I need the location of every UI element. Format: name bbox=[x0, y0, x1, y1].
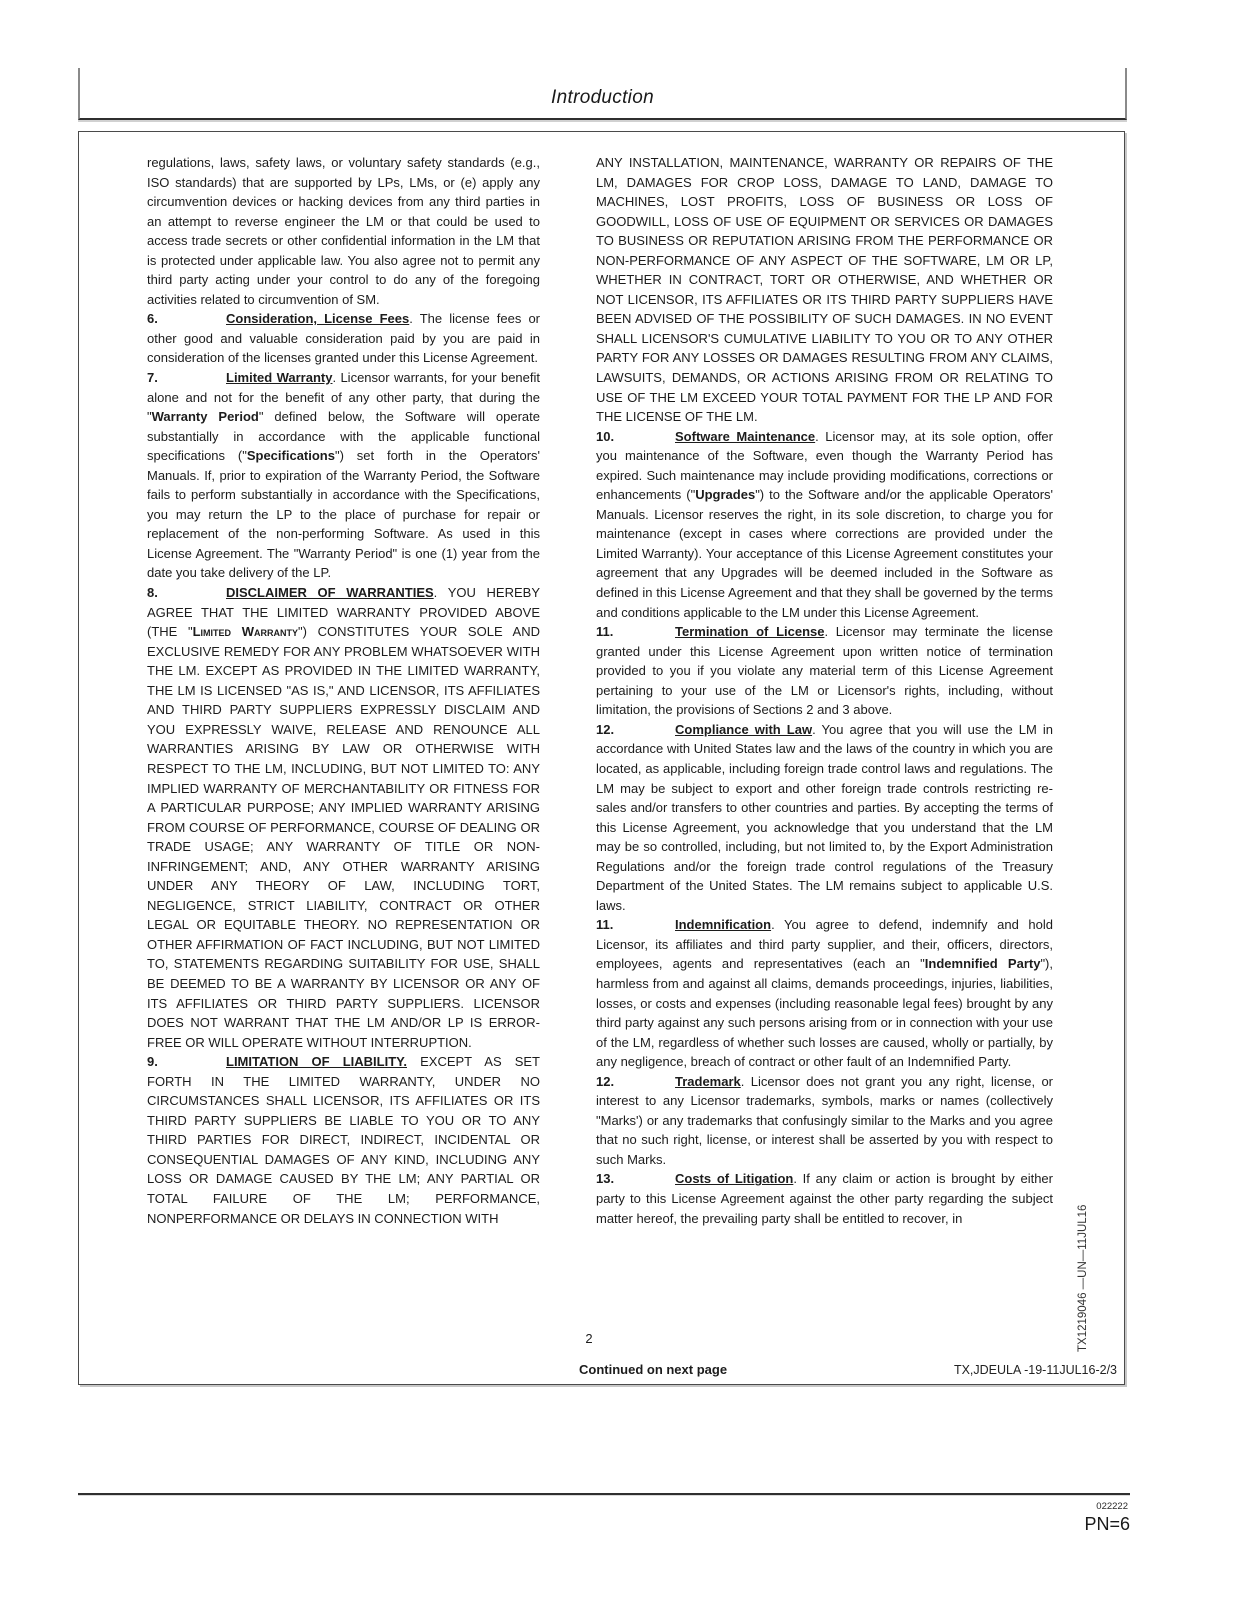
section-heading: Termination of License bbox=[675, 624, 825, 639]
section-heading: Indemnification bbox=[675, 917, 771, 932]
body-text-run: . You agree that you will use the LM in … bbox=[596, 722, 1053, 913]
paragraph: 13.Costs of Litigation. If any claim or … bbox=[596, 1169, 1053, 1228]
body-text-run: ") to the Software and/or the applicable… bbox=[596, 487, 1053, 619]
section-heading: Consideration, License Fees bbox=[226, 311, 409, 326]
body-text-run: "), harmless from and against all claims… bbox=[596, 956, 1053, 1069]
page-number: 2 bbox=[79, 1331, 1099, 1346]
section-heading: Costs of Litigation bbox=[675, 1171, 793, 1186]
body-text-run: Warranty Period bbox=[152, 409, 259, 424]
body-text-run: Indemnified Party bbox=[925, 956, 1041, 971]
figure-id-vertical: TX1219046 —UN—11JUL16 bbox=[1077, 1205, 1089, 1352]
paragraph: 10.Software Maintenance. Licensor may, a… bbox=[596, 427, 1053, 622]
body-text-run: regulations, laws, safety laws, or volun… bbox=[147, 155, 540, 307]
body-text-run: Upgrades bbox=[695, 487, 755, 502]
section-number: 13. bbox=[596, 1169, 675, 1189]
section-heading: DISCLAIMER OF WARRANTIES bbox=[226, 585, 434, 600]
pn-code: PN=6 bbox=[0, 1514, 1130, 1535]
print-code: 022222 bbox=[0, 1501, 1128, 1512]
section-heading: Compliance with Law bbox=[675, 722, 812, 737]
body-text-run: Limited Warranty bbox=[193, 624, 298, 639]
license-content-box: regulations, laws, safety laws, or volun… bbox=[78, 131, 1125, 1385]
section-number: 10. bbox=[596, 427, 675, 447]
section-number: 8. bbox=[147, 583, 226, 603]
paragraph: 7.Limited Warranty. Licensor warrants, f… bbox=[147, 368, 540, 583]
paragraph: ANY INSTALLATION, MAINTENANCE, WARRANTY … bbox=[596, 153, 1053, 427]
section-heading: Software Maintenance bbox=[675, 429, 815, 444]
footer-rule bbox=[78, 1493, 1130, 1495]
body-text-run: Specifications bbox=[247, 448, 335, 463]
manual-page: Introduction regulations, laws, safety l… bbox=[0, 0, 1236, 1600]
section-heading: LIMITATION OF LIABILITY. bbox=[226, 1054, 407, 1069]
section-number: 11. bbox=[596, 622, 675, 642]
paragraph: 11.Indemnification. You agree to defend,… bbox=[596, 915, 1053, 1071]
paragraph: 12.Trademark. Licensor does not grant yo… bbox=[596, 1072, 1053, 1170]
paragraph: 9.LIMITATION OF LIABILITY. EXCEPT AS SET… bbox=[147, 1052, 540, 1228]
text-columns: regulations, laws, safety laws, or volun… bbox=[147, 153, 1053, 1228]
section-heading: Limited Warranty bbox=[226, 370, 332, 385]
doc-code: TX,JDEULA -19-11JUL16-2/3 bbox=[954, 1363, 1117, 1377]
column-left: regulations, laws, safety laws, or volun… bbox=[147, 153, 540, 1228]
section-number: 7. bbox=[147, 368, 226, 388]
section-number: 12. bbox=[596, 720, 675, 740]
paragraph: 6.Consideration, License Fees. The licen… bbox=[147, 309, 540, 368]
page-title: Introduction bbox=[551, 87, 654, 118]
paragraph: 12.Compliance with Law. You agree that y… bbox=[596, 720, 1053, 915]
section-number: 12. bbox=[596, 1072, 675, 1092]
paragraph: 8.DISCLAIMER OF WARRANTIES. YOU HEREBY A… bbox=[147, 583, 540, 1052]
section-number: 6. bbox=[147, 309, 226, 329]
column-right: ANY INSTALLATION, MAINTENANCE, WARRANTY … bbox=[596, 153, 1053, 1228]
paragraph: 11.Termination of License. Licensor may … bbox=[596, 622, 1053, 720]
section-number: 11. bbox=[596, 915, 675, 935]
header-band: Introduction bbox=[78, 68, 1127, 120]
continued-note: Continued on next page bbox=[579, 1362, 727, 1377]
body-text-run: ANY INSTALLATION, MAINTENANCE, WARRANTY … bbox=[596, 155, 1053, 424]
body-text-run: ") set forth in the Operators' Manuals. … bbox=[147, 448, 540, 580]
paragraph: regulations, laws, safety laws, or volun… bbox=[147, 153, 540, 309]
section-heading: Trademark bbox=[675, 1074, 741, 1089]
body-text-run: ") CONSTITUTES YOUR SOLE AND EXCLUSIVE R… bbox=[147, 624, 540, 1049]
body-text-run: EXCEPT AS SET FORTH IN THE LIMITED WARRA… bbox=[147, 1054, 540, 1225]
section-number: 9. bbox=[147, 1052, 226, 1072]
